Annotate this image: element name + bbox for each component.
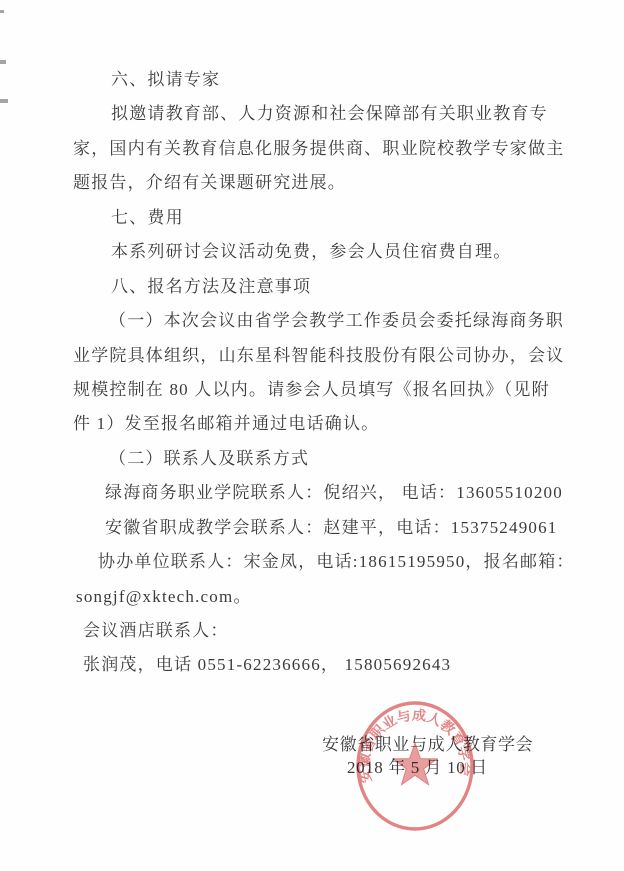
doc-line: 张润茂，电话 0551-62236666， 15805692643: [73, 648, 565, 682]
doc-line: 规模控制在 80 人以内。请参会人员填写《报名回执》（见附: [73, 373, 565, 407]
doc-line: 八、报名方法及注意事项: [73, 270, 565, 304]
doc-line: （二）联系人及联系方式: [73, 442, 565, 476]
doc-line: 本系列研讨会议活动免费，参会人员住宿费自理。: [73, 235, 565, 269]
doc-line: 六、拟请专家: [73, 63, 565, 97]
doc-line: 业学院具体组织，山东星科智能科技股份有限公司协办，会议: [73, 339, 565, 373]
doc-line: 拟邀请教育部、人力资源和社会保障部有关职业教育专: [73, 97, 565, 131]
document-body: 六、拟请专家拟邀请教育部、人力资源和社会保障部有关职业教育专家，国内有关教育信息…: [73, 63, 565, 683]
scan-artifact: [0, 10, 4, 13]
doc-line: 题报告，介绍有关课题研究进展。: [73, 166, 565, 200]
doc-line: 件 1）发至报名邮箱并通过电话确认。: [73, 407, 565, 441]
doc-line: songjf@xktech.com。: [73, 580, 565, 614]
doc-line: 七、费用: [73, 201, 565, 235]
doc-line: （一）本次会议由省学会教学工作委员会委托绿海商务职: [73, 304, 565, 338]
doc-line: 绿海商务职业学院联系人：倪绍兴， 电话：13605510200: [73, 476, 565, 510]
scan-artifact: [0, 60, 6, 64]
doc-line: 协办单位联系人：宋金凤，电话:18615195950，报名邮箱：: [73, 545, 565, 579]
scan-artifact: [0, 99, 8, 103]
doc-line: 家，国内有关教育信息化服务提供商、职业院校教学专家做主: [73, 132, 565, 166]
signature-date: 2018 年 5 月 10 日: [347, 753, 488, 778]
doc-line: 安徽省职成教学会联系人：赵建平，电话：15375249061: [73, 511, 565, 545]
document-page: 六、拟请专家拟邀请教育部、人力资源和社会保障部有关职业教育专家，国内有关教育信息…: [0, 0, 624, 871]
signature-organization: 安徽省职业与成人教育学会: [322, 730, 533, 755]
doc-line: 会议酒店联系人：: [73, 614, 565, 648]
